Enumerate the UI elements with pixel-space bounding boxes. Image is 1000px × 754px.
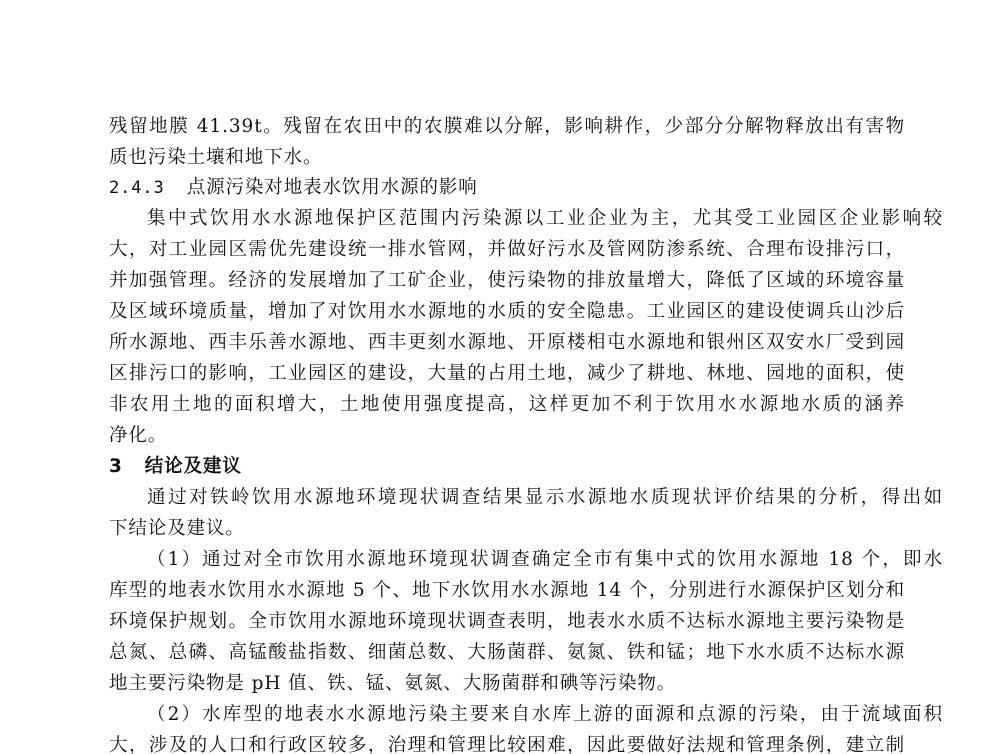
paragraph-line: 集中式饮用水水源地保护区范围内污染源以工业企业为主，尤其受工业园区企业影响较 [147, 208, 943, 230]
paragraph-line: 下结论及建议。 [109, 518, 245, 540]
paragraph-line: 通过对铁岭饮用水源地环境现状调查结果显示水源地水质现状评价结果的分析，得出如 [147, 487, 943, 509]
list-item-line: （1）通过对全市饮用水源地环境现状调查确定全市有集中式的饮用水源地 18 个，即… [147, 549, 943, 571]
section-title: 结论及建议 [145, 456, 242, 477]
paragraph-line: 非农用土地的面积增大，土地使用强度提高，这样更加不利于饮用水水源地水质的涵养 [109, 394, 905, 416]
list-item-line: （2）水库型的地表水水源地污染主要来自水库上游的面源和点源的污染，由于流域面积 [147, 704, 943, 726]
paragraph-line: 净化。 [109, 425, 167, 447]
paragraph-line: 所水源地、西丰乐善水源地、西丰更刻水源地、开原楼相屯水源地和银州区双安水厂受到园 [109, 332, 905, 354]
paragraph-line: 质也污染土壤和地下水。 [109, 147, 322, 169]
list-item-line: 环境保护规划。全市饮用水源地环境现状调查表明，地表水水质不达标水源地主要污染物是 [109, 611, 905, 633]
paragraph-line: 及区域环境质量，增加了对饮用水水源地的水质的安全隐患。工业园区的建设使调兵山沙后 [109, 301, 905, 323]
section-heading-3: 3结论及建议 [109, 456, 242, 478]
section-number: 3 [109, 456, 123, 477]
paragraph-line: 大，对工业园区需优先建设统一排水管网，并做好污水及管网防渗系统、合理布设排污口， [109, 239, 905, 261]
paragraph-line: 残留地膜 41.39t。残留在农田中的农膜难以分解，影响耕作，少部分分解物释放出… [109, 116, 905, 138]
paragraph-line: 区排污口的影响，工业园区的建设，大量的占用土地，减少了耕地、林地、园地的面积，使 [109, 363, 905, 385]
section-heading-2-4-3: 2.4.3点源污染对地表水饮用水源的影响 [109, 177, 478, 199]
list-item-line: 总氮、总磷、高锰酸盐指数、细菌总数、大肠菌群、氨氮、铁和锰；地下水水质不达标水源 [109, 642, 905, 664]
section-number: 2.4.3 [109, 178, 165, 198]
section-title: 点源污染对地表水饮用水源的影响 [187, 177, 478, 198]
list-item-line: 大，涉及的人口和行政区较多，治理和管理比较困难，因此要做好法规和管理条例，建立制 [109, 735, 905, 754]
list-item-line: 地主要污染物是 pH 值、铁、锰、氨氮、大肠菌群和碘等污染物。 [109, 673, 676, 695]
paragraph-line: 并加强管理。经济的发展增加了工矿企业，使污染物的排放量增大，降低了区域的环境容量 [109, 270, 905, 292]
list-item-line: 库型的地表水饮用水水源地 5 个、地下水饮用水水源地 14 个，分别进行水源保护… [109, 580, 905, 602]
